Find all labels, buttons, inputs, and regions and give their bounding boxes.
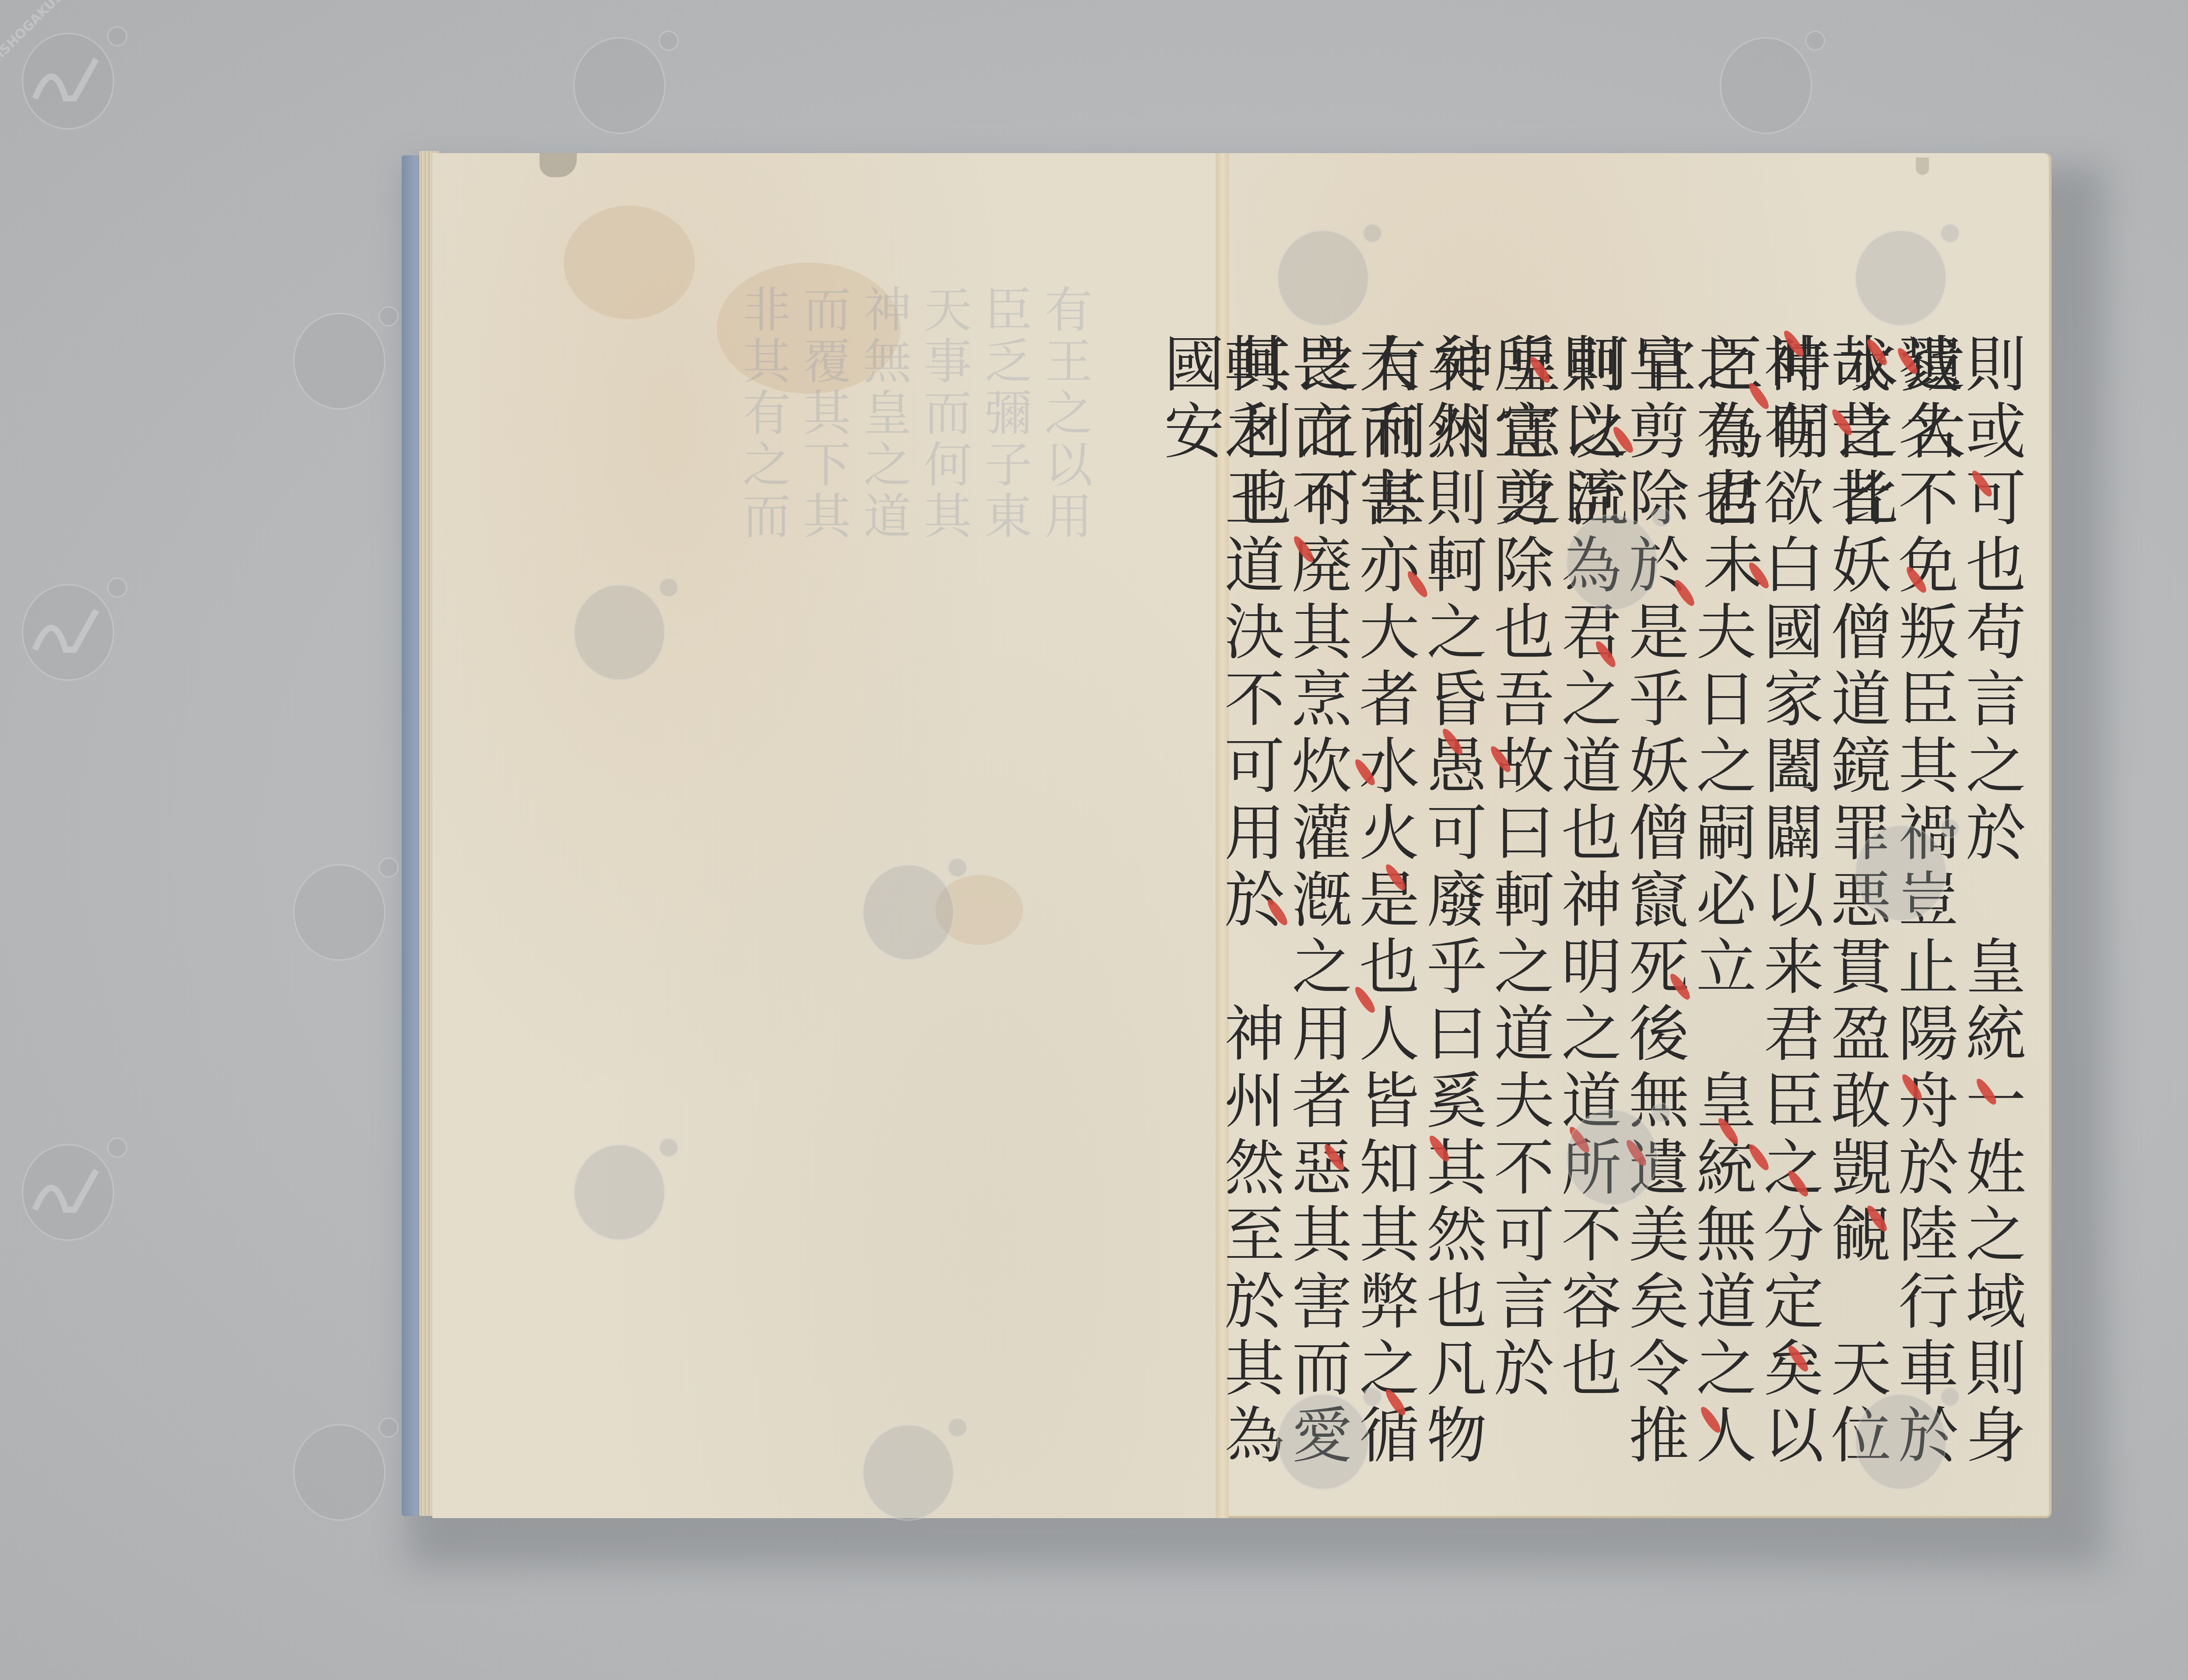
watermark-logo-icon [849,840,971,962]
watermark-logo-icon [1841,1369,1964,1492]
watermark-logo-icon [560,560,683,682]
text-column-9: 矣然則軻之昏愚可廢乎曰奚其然也凡物有利甚 [1421,332,1482,1479]
text-column-5: 之有也 夫日之嗣必立 皇統無道之人宜 [1691,332,1751,1479]
watermark-logo-icon [1553,1085,1675,1207]
text-column-1: 則或可也苟言之於 皇統一姓之域則身遺大 [1960,332,2021,1479]
watermark-logo-icon [1264,206,1386,328]
ghost-column: 有王之以用 [1041,284,1089,1422]
watermark-logo-icon [560,13,683,136]
watermark-logo-icon: NISHOGAKUSHA [9,9,131,131]
ghost-column: 臣乏彌子東 [980,284,1028,1422]
page-tear [540,153,577,177]
watermark-logo-icon [9,1120,131,1242]
watermark-logo-icon [1707,13,1829,136]
watermark-logo-icon [280,1400,403,1522]
ghost-column: 非其有之而 [739,284,787,1422]
watermark-logo-icon [280,289,403,411]
show-through-text: 有王之以用 臣乏彌子東 天事而何其 神無皇之道 而覆其下其 非其有之而 [564,284,1089,1422]
watermark-logo-icon [1841,801,1964,923]
text-column-8: 所宜剪除也吾故曰軻之道夫不可言於 神州 [1489,332,1549,1479]
right-page: 則或可也苟言之於 皇統一姓之域則身遺大 戮名不免叛臣其禍豈止陽舟於陸行車於水之比… [1229,153,2051,1518]
open-book: 有王之以用 臣乏彌子東 天事而何其 神無皇之道 而覆其下其 非其有之而 則或可也… [402,144,2091,1527]
text-column-11: 畏而不廃其烹炊灌漑之用者惡其害而愛其利也 [1287,332,1347,1479]
text-column-4: 神有欲白國家闔闢以来君臣之分定矣以臣為君未 [1758,332,1819,1479]
watermark-logo-icon [9,560,131,682]
watermark-logo-icon [1553,490,1675,612]
page-tear [1916,157,1929,175]
left-page: 有王之以用 臣乏彌子東 天事而何其 神無皇之道 而覆其下其 非其有之而 [432,153,1220,1518]
ghost-column: 而覆其下其 [799,284,847,1422]
watermark-logo-icon [280,840,403,962]
text-column-10: 大而害亦大者水火是也人皆知其弊之循之之可 [1354,332,1414,1479]
watermark-logo-icon [849,1400,971,1522]
watermark-logo-icon [1264,1369,1386,1492]
watermark-logo-icon [560,1120,683,1242]
watermark-logo-icon [1841,206,1964,328]
